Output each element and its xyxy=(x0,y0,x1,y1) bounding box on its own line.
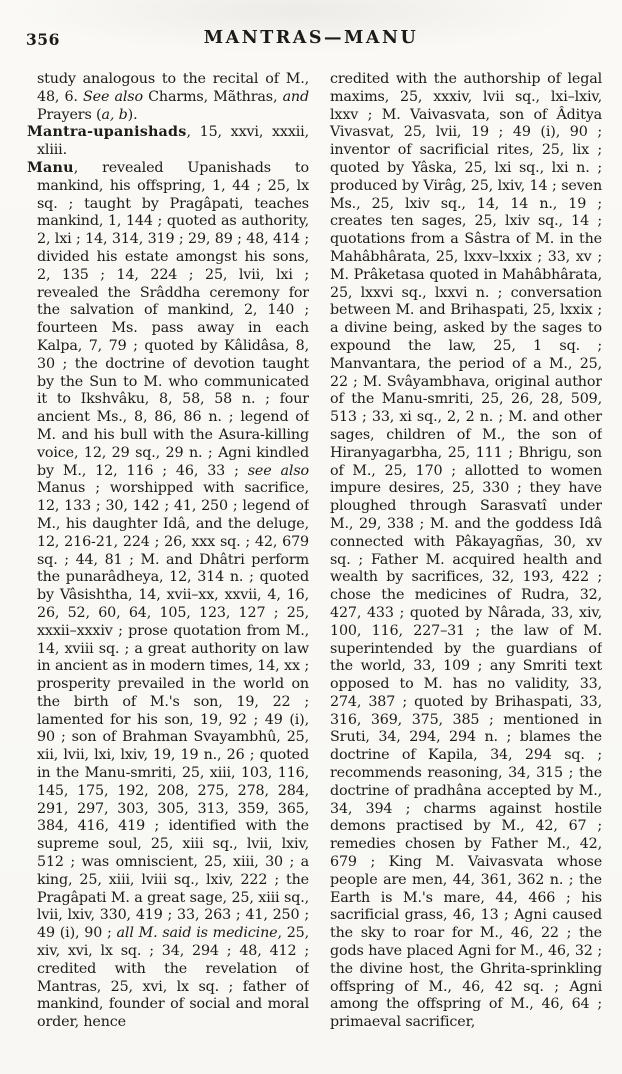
book-page: 356 MANTRAS—MANU study analogous to the … xyxy=(0,0,622,1074)
text-run-bold: Mantra-upanishads xyxy=(27,124,186,140)
index-entry: Mantra-upanishads, 15, xxvi, xxxii, xlii… xyxy=(27,124,309,160)
index-continuation: study analogous to the recital of M., 48… xyxy=(27,71,309,124)
index-continuation: credited with the authorship of legal ma… xyxy=(320,71,602,1032)
text-run-italic: a, b xyxy=(101,107,127,123)
text-run: Charms, Mãthras, xyxy=(143,89,283,105)
text-run-italic: all M. said is medicine xyxy=(117,925,278,941)
text-run-italic: see also xyxy=(248,463,309,479)
text-run-bold: Manu xyxy=(27,160,74,176)
index-column-right: credited with the authorship of legal ma… xyxy=(320,71,602,1069)
text-run-italic: and xyxy=(283,89,309,105)
text-run: credited with the authorship of legal ma… xyxy=(330,71,602,1030)
text-run: ). xyxy=(128,107,138,123)
text-run: , revealed Upanishads to mankind, his of… xyxy=(37,160,309,479)
text-run: Manus ; worshipped with sacrifice, 12, 1… xyxy=(37,480,309,941)
text-run-italic: See also xyxy=(83,89,143,105)
index-column-left: study analogous to the recital of M., 48… xyxy=(27,71,309,1069)
running-header: MANTRAS—MANU xyxy=(0,28,622,48)
text-run: Prayers ( xyxy=(37,107,101,123)
index-entry: Manu, revealed Upanishads to mankind, hi… xyxy=(27,160,309,1032)
